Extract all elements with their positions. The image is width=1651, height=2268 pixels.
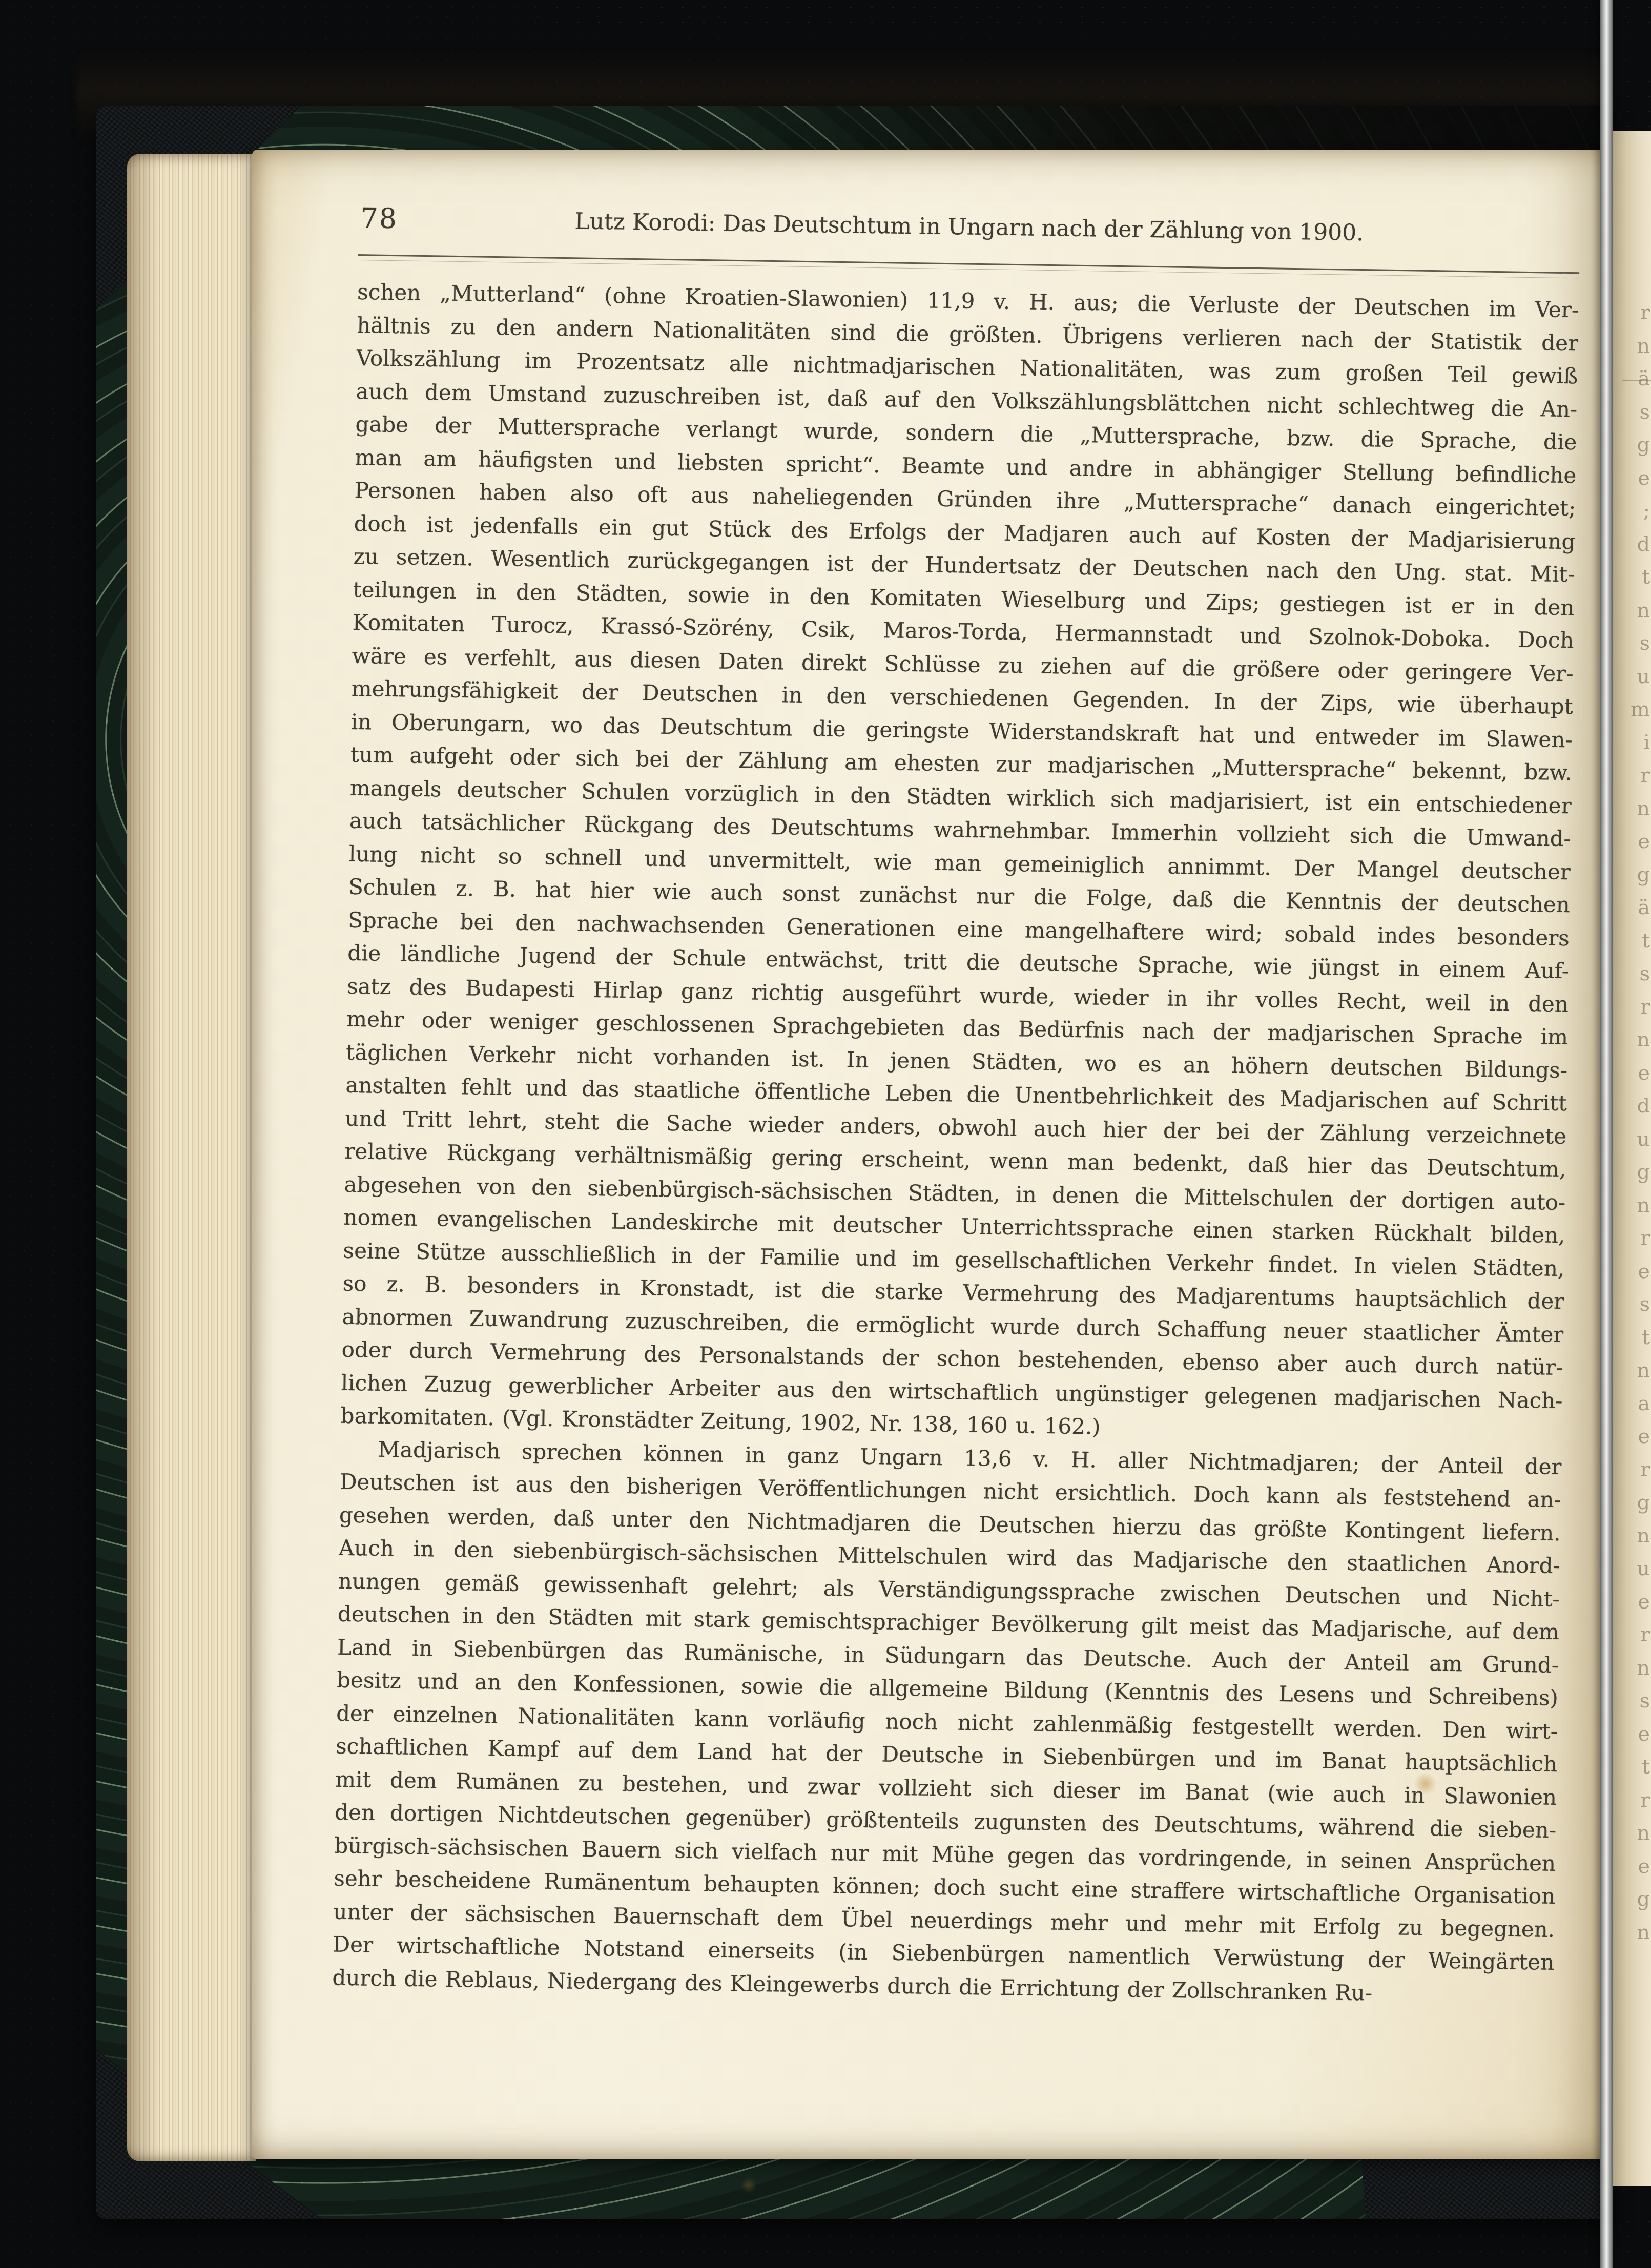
text-fragment: n (1615, 1354, 1651, 1387)
text-fragment: g (1615, 1486, 1651, 1519)
text-fragment: d (1615, 528, 1651, 561)
text-fragment: e (1615, 462, 1651, 495)
body-text: schen „Mutterland“ (ohne Kroatien-Slawon… (332, 276, 1579, 2012)
facing-page-edge: rnäsge;dtnsumirnegätsrnedugnrestnaergnue… (1613, 131, 1651, 2186)
running-header: Lutz Korodi: Das Deutschtum in Ungarn na… (358, 200, 1580, 255)
text-fragment: e (1615, 825, 1651, 858)
text-fragment: s (1615, 957, 1651, 991)
text-fragment: s (1615, 1288, 1651, 1321)
text-fragment: u (1615, 1552, 1651, 1585)
text-fragment: d (1615, 1089, 1651, 1123)
text-fragment: t (1615, 1321, 1651, 1354)
text-fragment: m (1615, 693, 1651, 726)
text-fragment: g (1615, 1883, 1651, 1916)
header-rule (358, 254, 1579, 278)
page-number: 78 (360, 200, 398, 237)
text-fragment: e (1615, 1255, 1651, 1288)
book-page: 78 Lutz Korodi: Das Deutschtum in Ungarn… (252, 150, 1611, 2159)
text-fragment: r (1615, 296, 1651, 329)
text-fragment: n (1615, 1023, 1651, 1057)
text-fragment: e (1615, 1850, 1651, 1883)
text-fragment: e (1615, 1057, 1651, 1090)
text-fragment: e (1615, 1718, 1651, 1751)
page-header: 78 Lutz Korodi: Das Deutschtum in Ungarn… (358, 200, 1580, 255)
text-fragment: n (1615, 594, 1651, 627)
text-fragment: n (1615, 1189, 1651, 1222)
text-fragment: u (1615, 1123, 1651, 1156)
text-fragment: n (1615, 1817, 1651, 1850)
text-fragment: n (1615, 1652, 1651, 1685)
photo-background: { "scene": { "background_color": "#0a0b0… (0, 0, 1651, 2268)
text-fragment: s (1615, 1684, 1651, 1718)
text-fragment: r (1615, 759, 1651, 792)
text-fragment: t (1615, 924, 1651, 958)
text-fragment: ä (1615, 362, 1651, 396)
text-fragment: ä (1615, 891, 1651, 924)
text-fragment: g (1615, 858, 1651, 892)
text-fragment: r (1615, 1222, 1651, 1255)
text-fragment: g (1615, 1156, 1651, 1189)
text-fragment: n (1615, 1519, 1651, 1553)
text-fragment: ; (1615, 494, 1651, 528)
text-fragment: n (1615, 1916, 1651, 1949)
page-content: 78 Lutz Korodi: Das Deutschtum in Ungarn… (332, 200, 1580, 2012)
text-fragment: e (1615, 1420, 1651, 1453)
text-fragment: u (1615, 660, 1651, 693)
facing-page-fragments: rnäsge;dtnsumirnegätsrnedugnrestnaergnue… (1615, 296, 1651, 1949)
text-fragment: i (1615, 726, 1651, 759)
text-fragment: n (1615, 792, 1651, 826)
text-fragment: t (1615, 1750, 1651, 1784)
text-fragment: r (1615, 1618, 1651, 1652)
text-fragment: t (1615, 561, 1651, 594)
text-fragment: r (1615, 1784, 1651, 1817)
page-holder-bar (1600, 0, 1613, 2268)
text-fragment: r (1615, 991, 1651, 1024)
text-fragment: n (1615, 329, 1651, 363)
page-stack-edge (127, 154, 256, 2161)
text-fragment: e (1615, 1585, 1651, 1619)
text-fragment: a (1615, 1387, 1651, 1420)
text-fragment: r (1615, 1453, 1651, 1487)
text-fragment: s (1615, 396, 1651, 429)
text-fragment: g (1615, 428, 1651, 462)
text-fragment: s (1615, 627, 1651, 660)
